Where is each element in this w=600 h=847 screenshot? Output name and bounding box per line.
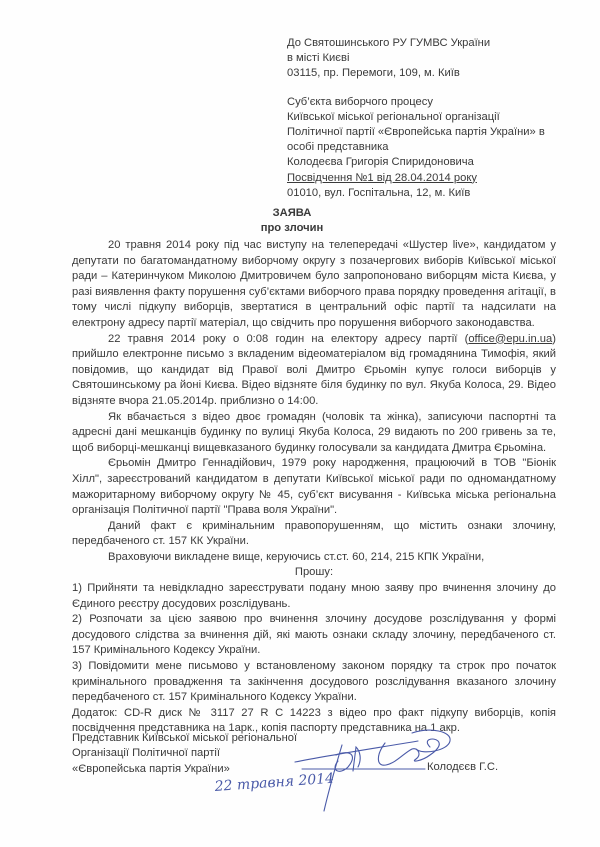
- paragraph: Враховуючи викладене вище, керуючись ст.…: [72, 550, 556, 566]
- addressee-line: До Святошинського РУ ГУМВС України: [287, 36, 587, 51]
- request-heading: Прошу:: [72, 565, 556, 581]
- paragraph: 22 травня 2014 року о 0:08 годин на елек…: [72, 332, 556, 410]
- paragraph: Єрьомін Дмитро Геннадійович, 1979 року н…: [72, 456, 556, 518]
- header-address-block: До Святошинського РУ ГУМВС України в міс…: [287, 36, 587, 201]
- sender-line: Суб’єкта виборчого процесу: [287, 95, 587, 110]
- sender-address: 01010, вул. Госпітальна, 12, м. Київ: [287, 186, 587, 201]
- sender-line: Київської міської регіональної організац…: [287, 110, 587, 125]
- request-item: 1) Прийняти та невідкладно зареєструвати…: [72, 581, 556, 612]
- sender-line: Колодеєва Григорія Спиридоновича: [287, 155, 587, 170]
- handwritten-date: 22 травня 2014: [213, 771, 334, 795]
- email-link[interactable]: office@epu.in.ua: [468, 333, 552, 345]
- addressee-line: 03115, пр. Перемоги, 109, м. Київ: [287, 66, 587, 81]
- document-subtitle: про злочин: [0, 222, 592, 234]
- paragraph-text: 22 травня 2014 року о 0:08 годин на елек…: [108, 333, 468, 345]
- request-item: 3) Повідомити мене письмово у встановлен…: [72, 659, 556, 706]
- document-page: До Святошинського РУ ГУМВС України в міс…: [0, 0, 600, 847]
- request-item: 2) Розпочати за цією заявою про вчинення…: [72, 612, 556, 659]
- certificate-line: Посвідчення №1 від 28.04.2014 року: [287, 171, 587, 186]
- signatory-name: Колодєєв Г.С.: [427, 761, 498, 773]
- addressee-line: в місті Києві: [287, 51, 587, 66]
- paragraph: Даний факт є кримінальним правопорушення…: [72, 519, 556, 550]
- sender-line: особі представника: [287, 140, 587, 155]
- document-body: 20 травня 2014 року під час виступу на т…: [72, 238, 556, 737]
- document-title: ЗАЯВА: [0, 207, 592, 219]
- paragraph: 20 травня 2014 року під час виступу на т…: [72, 238, 556, 332]
- sender-line: Політичної партії «Європейська партія Ук…: [287, 125, 587, 140]
- paragraph: Як вбачається з відео двоє громадян (чол…: [72, 410, 556, 457]
